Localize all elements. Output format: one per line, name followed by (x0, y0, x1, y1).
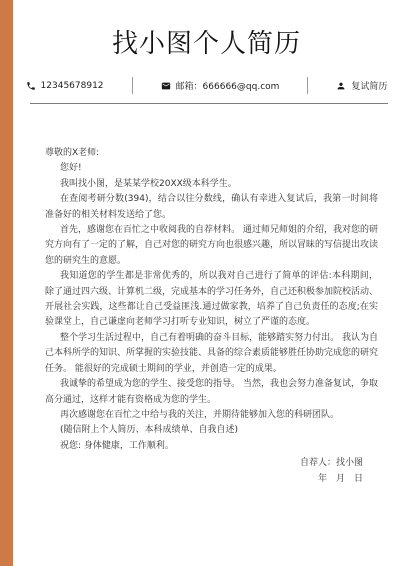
letter-body: 尊敬的X老师: 您好! 我叫找小图，是某某学校20XX级本科学生。 在查阅考研分… (45, 146, 378, 454)
letter-paragraph: 我知道您的学生都是非常优秀的，所以我对自己进行了简单的评估:本科期间，除了通过四… (45, 269, 378, 331)
letter-paragraph: 首先，感谢您在百忙之中收阅我的自荐材料。 通过师兄师姐的介绍，我对您的研究方向有… (45, 223, 378, 269)
tag-text: 复试简历 (351, 79, 387, 92)
letter-paragraph: 在查阅考研分数(394)，结合以往分数线，确认有幸进入复试后，我第一时间将准备好… (45, 192, 378, 223)
contact-divider (132, 77, 133, 94)
person-icon (336, 81, 346, 91)
letter-page: 找小图个人简历 12345678912 邮箱：666666@qq.com 复试简… (13, 0, 400, 566)
phone-icon (26, 81, 36, 91)
left-accent-strip (0, 0, 13, 566)
page-title: 找小图个人简历 (13, 28, 400, 60)
letter-closing-wish: 祝您: 身体健康，工作顺利。 (45, 439, 378, 454)
signature-date: 年 月 日 (13, 472, 363, 487)
contact-email: 邮箱：666666@qq.com (161, 79, 280, 92)
envelope-icon (161, 81, 171, 91)
resume-cover-letter-page: { "theme": { "accent_orange": "#CE7A47",… (0, 0, 400, 566)
letter-salutation: 尊敬的X老师: (45, 146, 378, 161)
signature-block: 自荐人：找小图 年 月 日 (13, 456, 363, 487)
email-text: 邮箱：666666@qq.com (176, 79, 280, 92)
contact-row: 12345678912 邮箱：666666@qq.com 复试简历 (13, 77, 400, 94)
letter-paragraph: 再次感谢您在百忙之中给与我的关注，并期待能够加入您的科研团队。 (45, 408, 378, 423)
signature-signer: 自荐人：找小图 (13, 456, 363, 471)
phone-number: 12345678912 (41, 81, 104, 91)
letter-paragraph: 我叫找小图，是某某学校20XX级本科学生。 (45, 177, 378, 192)
letter-paragraph: 整个学习生活过程中，自己有着明确的奋斗目标，能够踏实努力付出。 我认为自己本科所… (45, 331, 378, 377)
letter-paragraph: 您好! (45, 161, 378, 176)
contact-divider (307, 77, 308, 94)
letter-paragraph: 我诚挚的希望成为您的学生、接受您的指导。 当然，我也会努力准备复试，争取高分通过… (45, 377, 378, 408)
contact-tag: 复试简历 (336, 79, 387, 92)
header-divider-line (30, 103, 388, 104)
contact-phone: 12345678912 (26, 81, 104, 91)
letter-attachment-note: (随信附上个人简历、本科成绩单、自我自述) (45, 423, 378, 438)
